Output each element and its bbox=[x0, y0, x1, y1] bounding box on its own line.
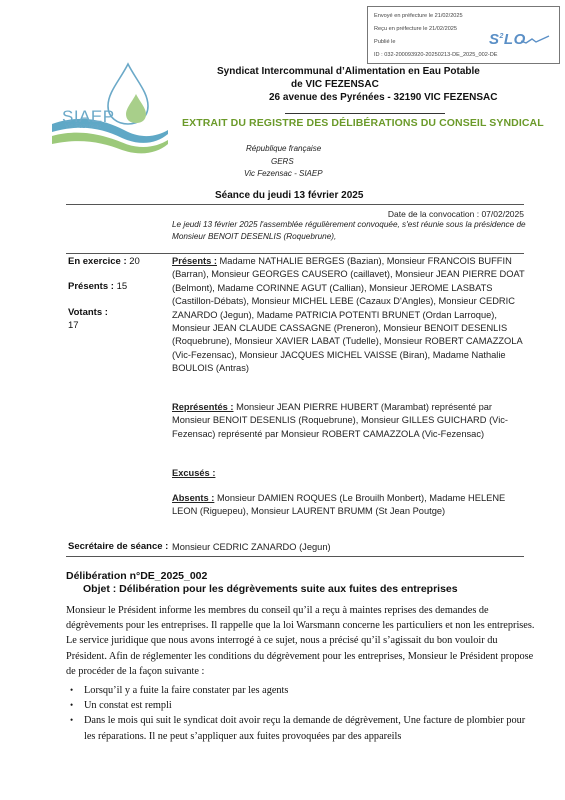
presents-block: Présents : Madame NATHALIE BERGES (Bazia… bbox=[172, 255, 532, 376]
deliberation-number: Délibération n°DE_2025_002 bbox=[66, 570, 207, 582]
attendance-divider bbox=[66, 253, 524, 254]
secretaire-label: Secrétaire de séance : bbox=[68, 541, 168, 552]
republic-line-3: Vic Fezensac - SIAEP bbox=[244, 169, 323, 178]
excuses-label: Excusés : bbox=[172, 468, 215, 478]
exercice-label: En exercice : bbox=[68, 256, 127, 267]
republic-line-2: GERS bbox=[271, 157, 294, 166]
bullet-item: Lorsqu’il y a fuite la faire constater p… bbox=[84, 683, 536, 698]
header-divider bbox=[285, 113, 445, 114]
header-line-2: de VIC FEZENSAC bbox=[291, 79, 379, 90]
exercice-value: 20 bbox=[127, 256, 140, 267]
stamp-publie: Publié le bbox=[374, 39, 395, 45]
representes-label: Représentés : bbox=[172, 402, 234, 412]
presents-count-label: Présents : bbox=[68, 281, 114, 292]
count-presents: Présents : 15 bbox=[68, 281, 127, 292]
deliberation-objet: Objet : Délibération pour les dégrèvemen… bbox=[83, 583, 458, 595]
logo-subtitle: Vic-Fezensac bbox=[65, 124, 101, 130]
representes-block: Représentés : Monsieur JEAN PIERRE HUBER… bbox=[172, 401, 532, 441]
bullet-item: Un constat est rempli bbox=[84, 698, 536, 713]
header-line-3: 26 avenue des Pyrénées - 32190 VIC FEZEN… bbox=[269, 92, 497, 103]
absents-label: Absents : bbox=[172, 493, 214, 503]
secretaire-divider bbox=[66, 556, 524, 557]
deliberation-bullets: Lorsqu’il y a fuite la faire constater p… bbox=[66, 683, 536, 744]
prefecture-stamp: Envoyé en préfecture le 21/02/2025 Reçu … bbox=[367, 6, 560, 64]
checkmark-swoosh-icon bbox=[520, 35, 550, 45]
absents-list: Monsieur DAMIEN ROQUES (Le Brouilh Monbe… bbox=[172, 493, 505, 516]
bullet-item: Dans le mois qui suit le syndicat doit a… bbox=[84, 713, 536, 743]
votants-label: Votants : bbox=[68, 307, 108, 318]
stamp-envoye: Envoyé en préfecture le 21/02/2025 bbox=[374, 13, 463, 19]
stamp-id: ID : 032-200093920-20250213-DE_2025_002-… bbox=[374, 52, 497, 58]
deliberation-body: Monsieur le Président informe les membre… bbox=[66, 603, 536, 744]
excuses-block: Excusés : bbox=[172, 467, 532, 480]
seance-divider bbox=[66, 204, 524, 205]
secretaire-label-text: Secrétaire de séance : bbox=[68, 541, 168, 552]
count-exercice: En exercice : 20 bbox=[68, 256, 140, 267]
secretaire-value: Monsieur CEDRIC ZANARDO (Jegun) bbox=[172, 541, 532, 554]
presents-count-value: 15 bbox=[114, 281, 127, 292]
seance-title: Séance du jeudi 13 février 2025 bbox=[215, 190, 363, 201]
count-votants: Votants : bbox=[68, 307, 108, 318]
seance-preamble: Le jeudi 13 février 2025 l'assemblée rég… bbox=[172, 219, 532, 243]
votants-value: 17 bbox=[68, 320, 79, 331]
deliberation-paragraph: Monsieur le Président informe les membre… bbox=[66, 603, 536, 679]
absents-block: Absents : Monsieur DAMIEN ROQUES (Le Bro… bbox=[172, 492, 532, 519]
presents-list: Madame NATHALIE BERGES (Bazian), Monsieu… bbox=[172, 256, 525, 373]
stamp-recu: Reçu en préfecture le 21/02/2025 bbox=[374, 26, 457, 32]
convocation-date: Date de la convocation : 07/02/2025 bbox=[388, 209, 524, 219]
header-line-1: Syndicat Intercommunal d’Alimentation en… bbox=[217, 66, 480, 77]
presents-label: Présents : bbox=[172, 256, 217, 266]
republic-line-1: République française bbox=[246, 144, 321, 153]
extrait-title: EXTRAIT DU REGISTRE DES DÉLIBÉRATIONS DU… bbox=[182, 117, 544, 129]
s2lo-letter: S bbox=[489, 31, 500, 48]
